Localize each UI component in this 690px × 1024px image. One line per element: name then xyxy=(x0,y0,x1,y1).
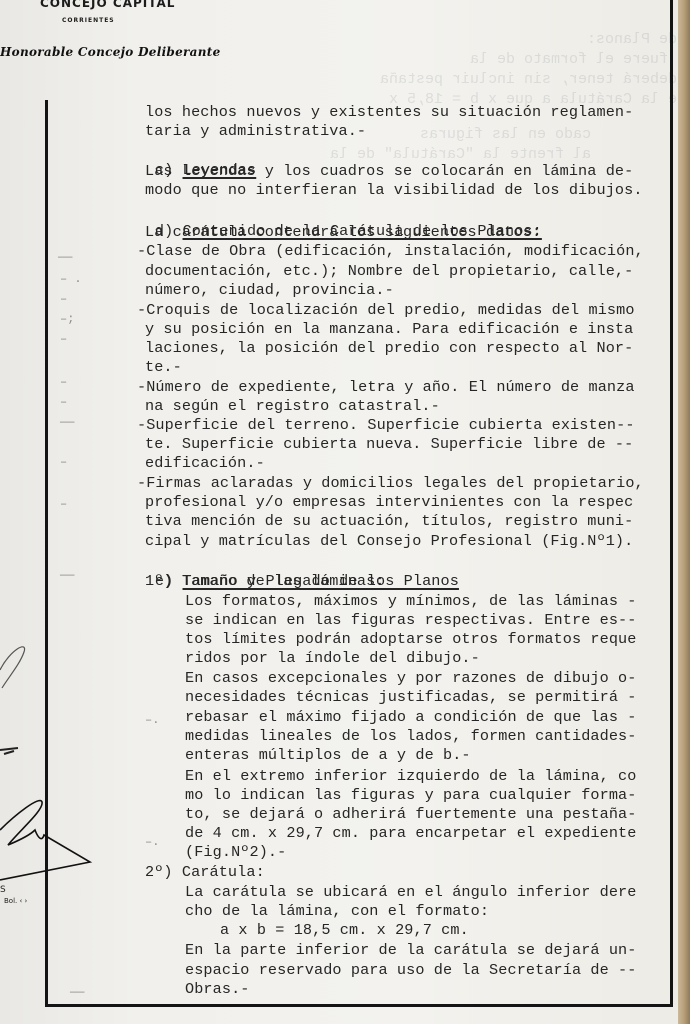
text-line: necesidades técnicas justificadas, se pe… xyxy=(185,687,637,707)
text-line: La carátula se ubicará en el ángulo infe… xyxy=(185,882,637,902)
list-item: -Superficie del terreno. Superficie cubi… xyxy=(137,415,635,435)
list-item: -Firmas aclaradas y domicilios legales d… xyxy=(137,473,644,493)
text-line: ridos por la índole del dibujo.- xyxy=(185,648,480,668)
text-line: enteras múltiplos de a y de b.- xyxy=(185,745,471,765)
text-line: to, se dejará o adherirá fuertemente una… xyxy=(185,804,637,824)
list-item: -Clase de Obra (edificación, instalación… xyxy=(137,241,644,261)
text-line: profesional y/o empresas intervinientes … xyxy=(145,492,633,512)
text-line: número, ciudad, provincia.- xyxy=(145,280,394,300)
text-line: (Fig.Nº2).- xyxy=(185,842,286,862)
text-line: En el extremo inferior izquierdo de la l… xyxy=(185,766,637,786)
formula-line: a x b = 18,5 cm. x 29,7 cm. xyxy=(220,920,469,940)
text-line: En la parte inferior de la carátula se d… xyxy=(185,940,637,960)
text-line: te.- xyxy=(145,357,182,377)
text-line: cho de la lámina, con el formato: xyxy=(185,901,489,921)
text-line: espacio reservado para uso de la Secreta… xyxy=(185,960,637,980)
list-item: -Croquis de localización del predio, med… xyxy=(137,300,635,320)
text-line: te. Superficie cubierta nueva. Superfici… xyxy=(145,434,633,454)
text-line: na según el registro catastral.- xyxy=(145,396,440,416)
text-line: Las leyendas y los cuadros se colocarán … xyxy=(145,161,633,181)
document-body: los hechos nuevos y existentes su situac… xyxy=(0,0,690,1024)
text-line: taria y administrativa.- xyxy=(145,121,366,141)
text-line: tiva mención de su actuación, títulos, r… xyxy=(145,511,633,531)
text-line: modo que no interfieran la visibilidad d… xyxy=(145,180,643,200)
list-item: -Número de expediente, letra y año. El n… xyxy=(137,377,635,397)
text-line: cipal y matrículas del Consejo Profesion… xyxy=(145,531,633,551)
text-line: edificación.- xyxy=(145,453,265,473)
text-line: tos límites podrán adoptarse otros forma… xyxy=(185,629,637,649)
text-line: mo lo indican las figuras y para cualqui… xyxy=(185,785,637,805)
text-line: Los formatos, máximos y mínimos, de las … xyxy=(185,591,637,611)
text-line: laciones, la posición del predio con res… xyxy=(145,338,633,358)
subsection-heading: 1º) Tamaño de las láminas: xyxy=(145,571,385,591)
text-line: Obras.- xyxy=(185,979,250,999)
text-line: En casos excepcionales y por razones de … xyxy=(185,668,637,688)
text-line: La carátula contendrá los siguientes dat… xyxy=(145,222,541,242)
text-line: los hechos nuevos y existentes su situac… xyxy=(145,102,633,122)
subsection-heading: 2º) Carátula: xyxy=(145,862,265,882)
text-line: rebasar el máximo fijado a condición de … xyxy=(185,707,637,727)
text-line: documentación, etc.); Nombre del propiet… xyxy=(145,261,633,281)
text-line: de 4 cm. x 29,7 cm. para encarpetar el e… xyxy=(185,823,637,843)
text-line: se indican en las figuras respectivas. E… xyxy=(185,610,637,630)
text-line: medidas lineales de los lados, formen ca… xyxy=(185,726,637,746)
text-line: y su posición en la manzana. Para edific… xyxy=(145,319,633,339)
